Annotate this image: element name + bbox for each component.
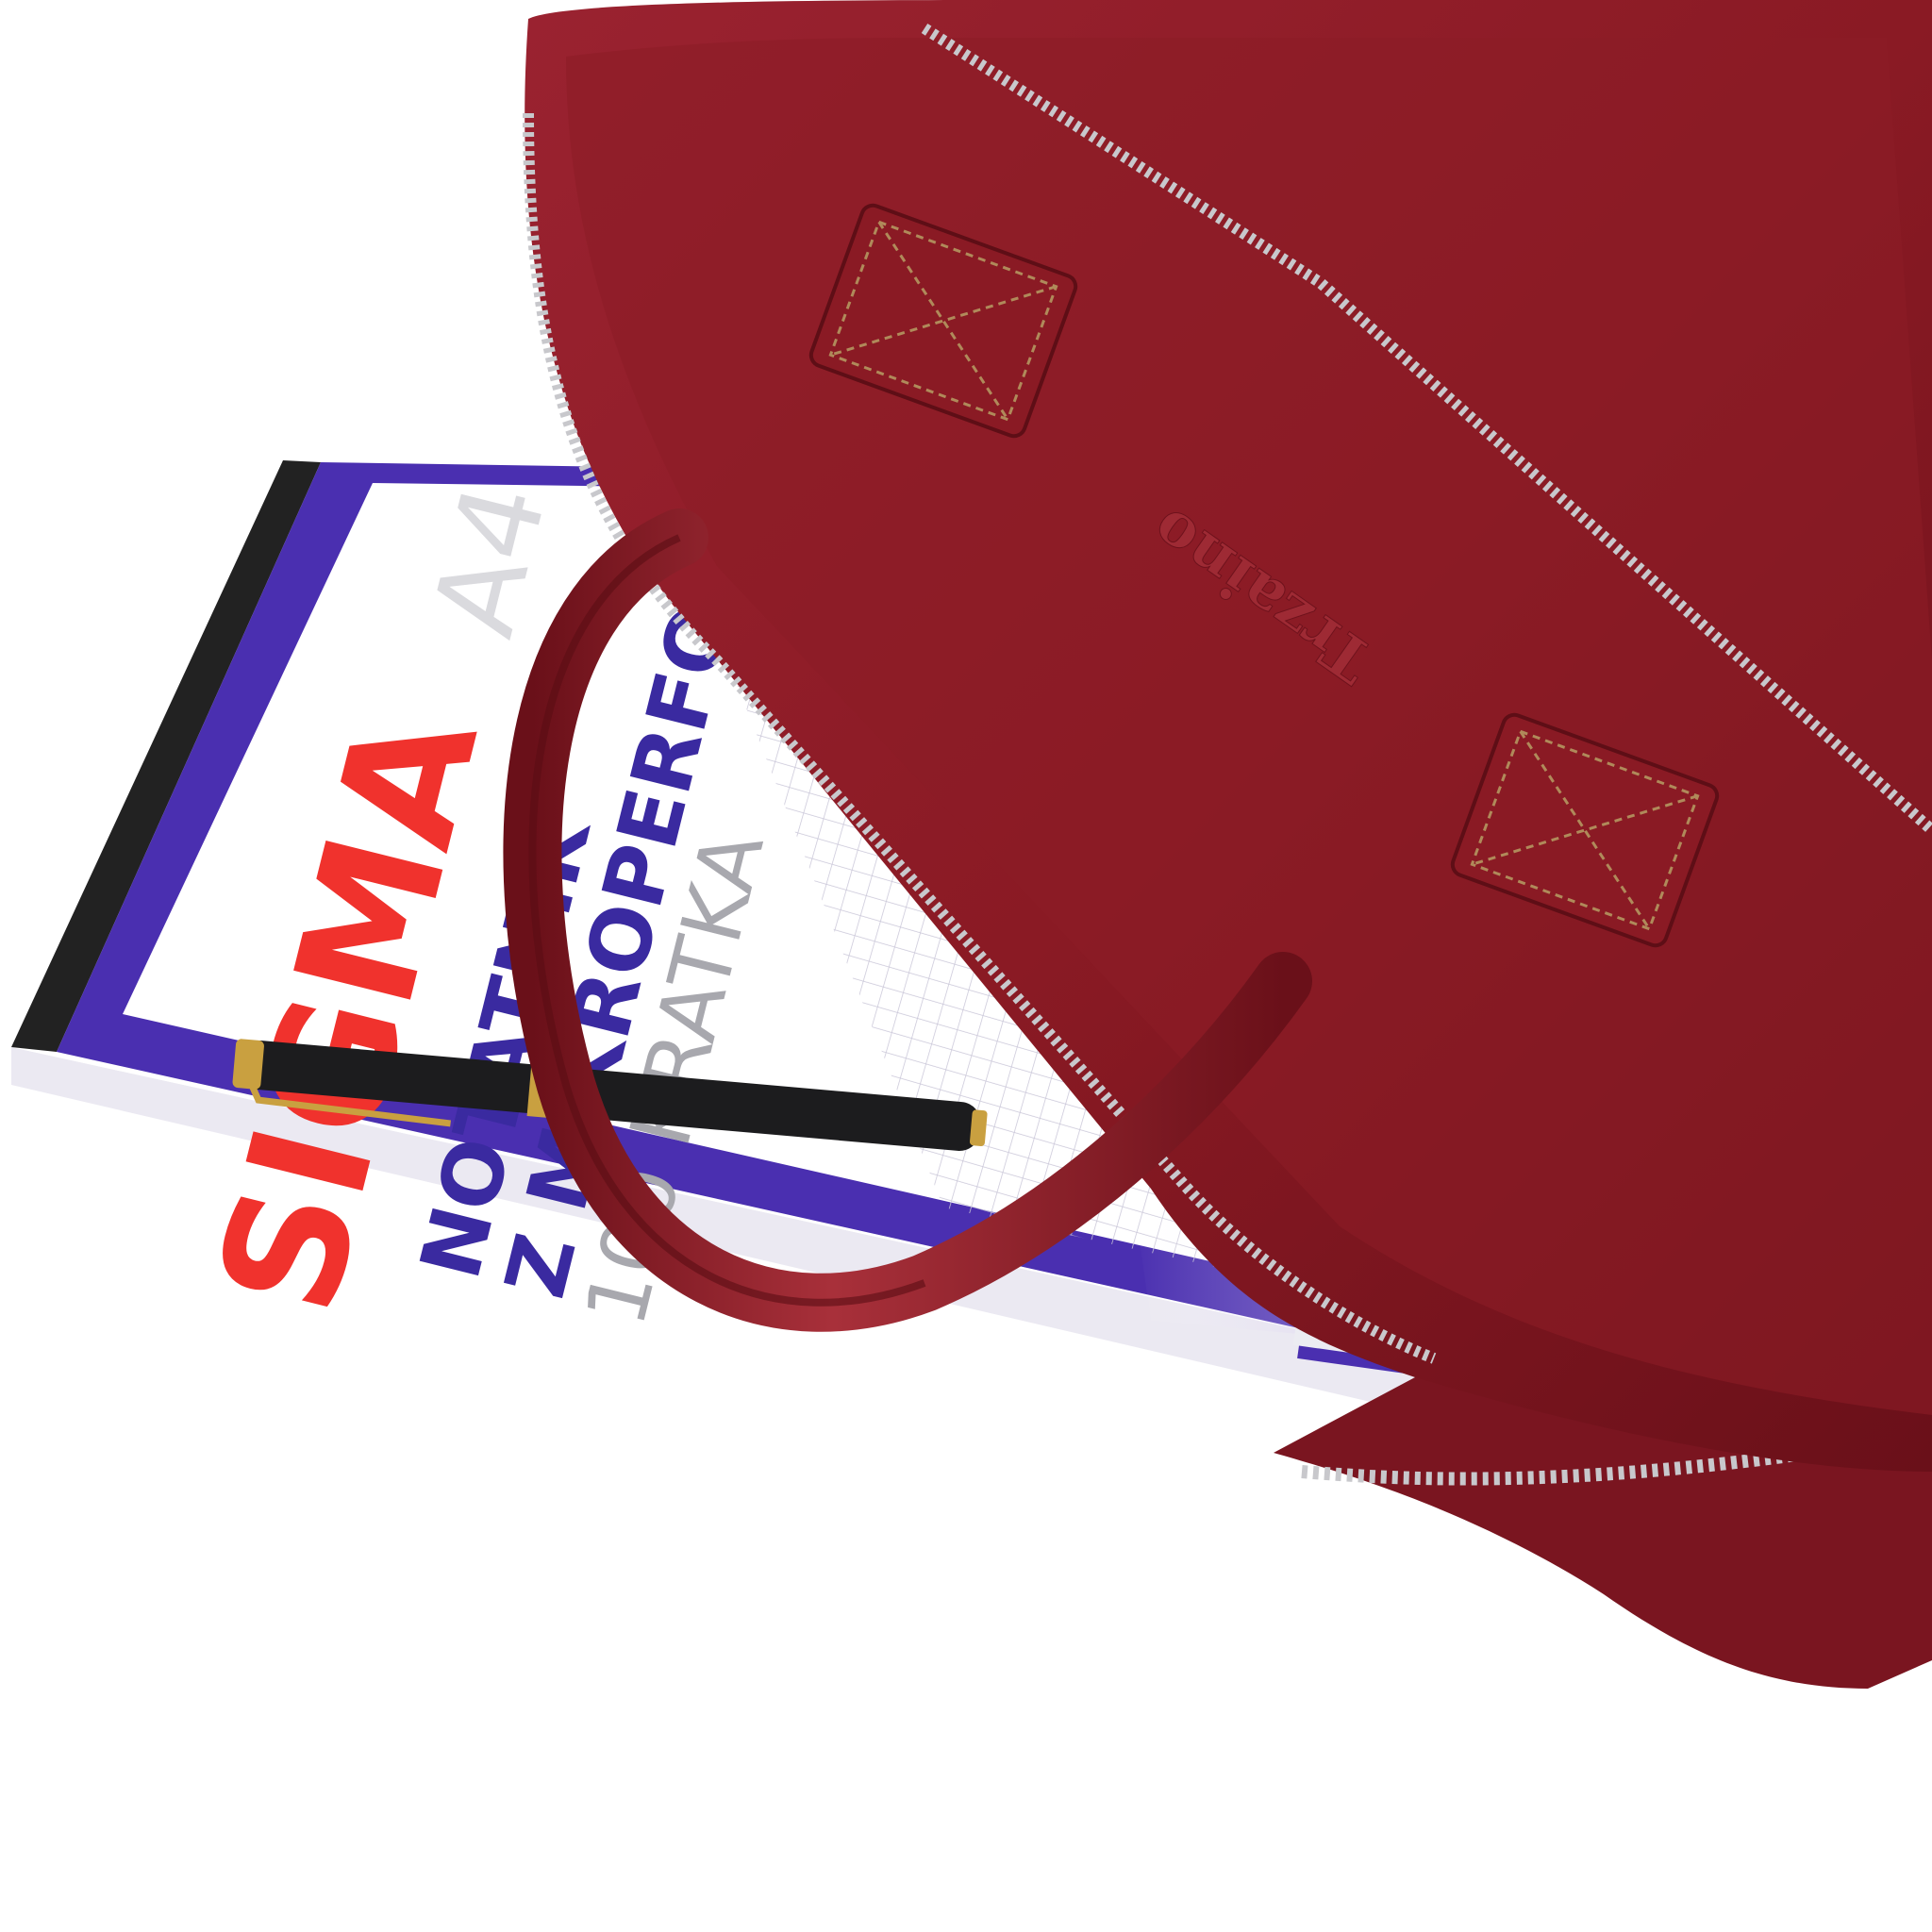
pen-cap-end: [232, 1039, 264, 1090]
pen-tip: [970, 1109, 988, 1146]
product-photo: A4 SIGMA NOTATNIK Z MIKROPERFORA 100 KRA…: [0, 0, 1932, 1932]
